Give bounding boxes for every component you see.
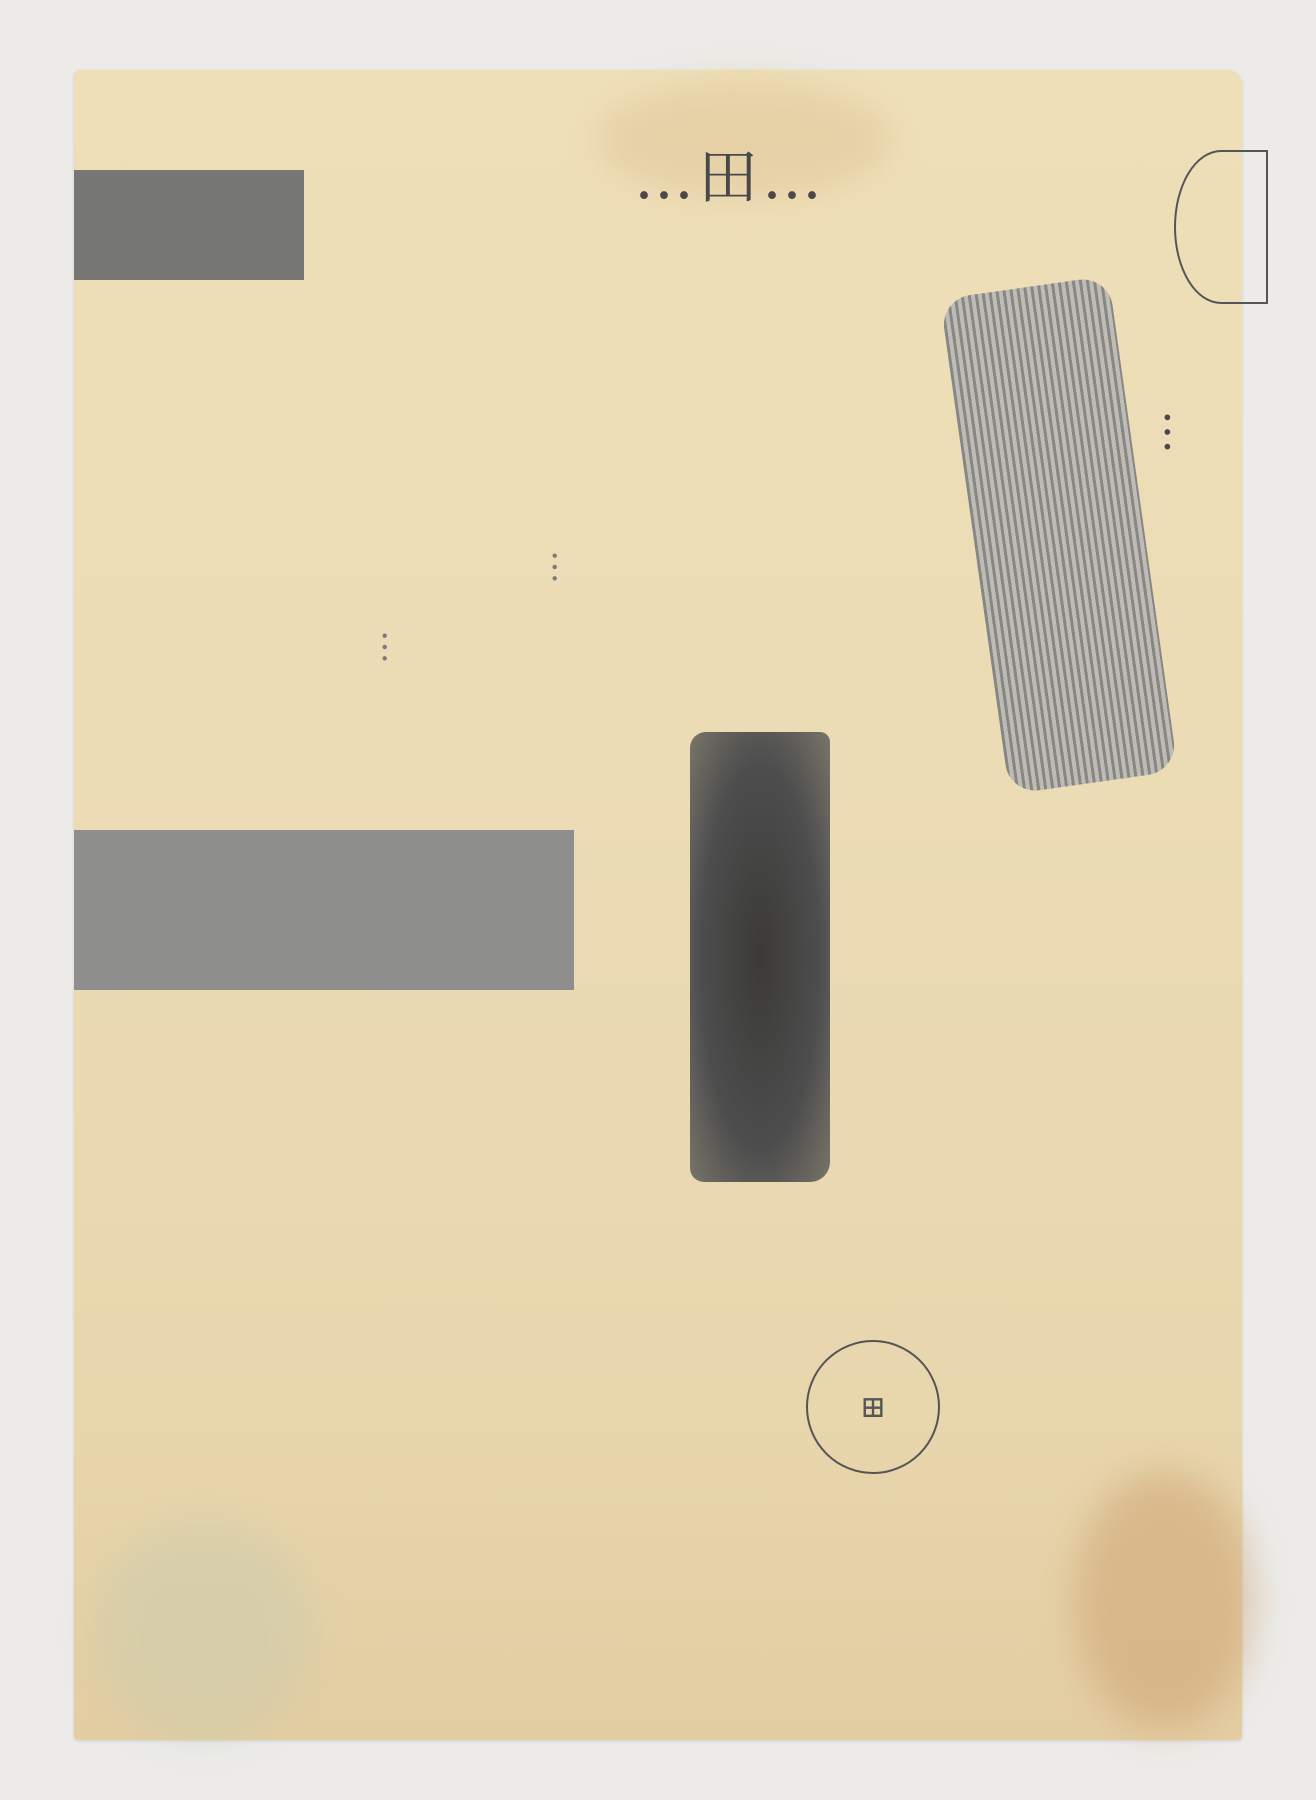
half-seal-top-right [1174, 150, 1268, 304]
stain [1074, 1470, 1254, 1730]
ink-smear-center [690, 732, 830, 1182]
calligraphy-center-column-1: … [544, 550, 584, 588]
ink-band-middle [74, 830, 574, 990]
calligraphy-top-row: …田… [634, 130, 826, 216]
brush-stroke-right [940, 276, 1178, 795]
ink-band-top-left [74, 170, 304, 280]
seal-glyph: ⊞ [860, 1390, 885, 1425]
round-seal: ⊞ [806, 1340, 940, 1474]
stain [94, 1520, 314, 1740]
paper-sheet: ⊞ …田… … … … [74, 70, 1242, 1740]
calligraphy-center-column-2: … [374, 630, 414, 668]
calligraphy-right-column: … [1154, 410, 1205, 458]
image-description: Aged paper document with East Asian brus… [0, 0, 1, 1]
